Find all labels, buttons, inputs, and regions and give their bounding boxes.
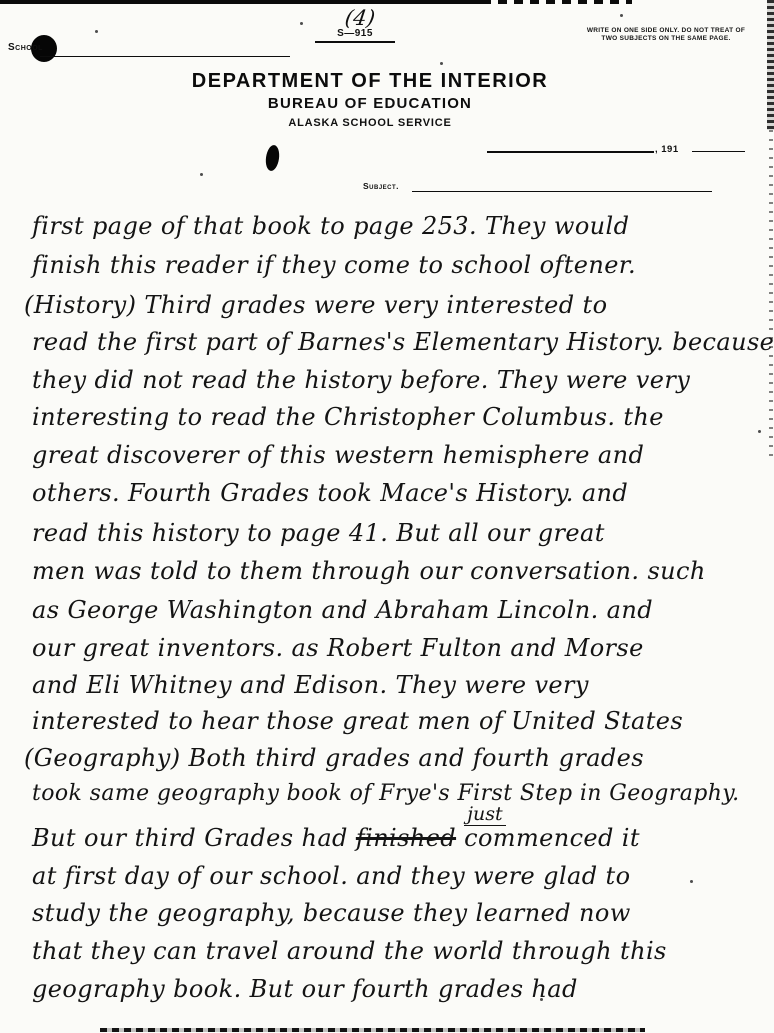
scan-edge-artifact-right-faint bbox=[769, 130, 773, 460]
bureau-title: BUREAU OF EDUCATION bbox=[0, 95, 740, 112]
scan-speck bbox=[690, 880, 693, 883]
struck-out-word: finished bbox=[356, 824, 456, 852]
form-number: S—915 bbox=[315, 28, 395, 43]
ink-blot bbox=[264, 144, 280, 172]
handwritten-line: interested to hear those great men of Un… bbox=[32, 707, 683, 735]
scan-edge-artifact-top bbox=[0, 0, 482, 4]
handwritten-line: interesting to read the Christopher Colu… bbox=[32, 403, 664, 431]
handwritten-line: men was told to them through our convers… bbox=[32, 557, 706, 585]
handwritten-line: finish this reader if they come to schoo… bbox=[32, 251, 636, 279]
handwritten-line: geography book. But our fourth grades ha… bbox=[32, 975, 578, 1003]
department-title: DEPARTMENT OF THE INTERIOR bbox=[0, 70, 740, 93]
school-label: School bbox=[8, 42, 43, 53]
scan-edge-artifact-bottom bbox=[100, 1028, 645, 1032]
handwritten-line: read the first part of Barnes's Elementa… bbox=[32, 328, 774, 356]
handwritten-line-with-correction: But our third Grades had finishedjust co… bbox=[32, 824, 640, 852]
scan-edge-artifact-top-dashes bbox=[482, 0, 632, 4]
handwritten-line: took same geography book of Frye's First… bbox=[32, 781, 740, 806]
subject-label: Subject. bbox=[363, 181, 399, 191]
handwritten-page-number: (4) bbox=[328, 6, 391, 30]
date-year-prefix: , 191 bbox=[655, 144, 679, 155]
date-blank-line bbox=[487, 151, 654, 153]
handwritten-line: at first day of our school. and they wer… bbox=[32, 862, 630, 890]
form-instructions: WRITE ON ONE SIDE ONLY. DO NOT TREAT OF … bbox=[583, 27, 749, 43]
handwritten-line: (History) Third grades were very interes… bbox=[24, 291, 607, 319]
correction-text-after: commenced it bbox=[456, 824, 640, 852]
handwritten-line: others. Fourth Grades took Mace's Histor… bbox=[32, 479, 628, 507]
scan-speck bbox=[758, 430, 761, 433]
handwritten-line: (Geography) Both third grades and fourth… bbox=[24, 744, 644, 772]
handwritten-line: study the geography, because they learne… bbox=[32, 899, 631, 927]
scan-speck bbox=[95, 30, 98, 33]
handwritten-line: that they can travel around the world th… bbox=[32, 937, 667, 965]
handwritten-line: as George Washington and Abraham Lincoln… bbox=[32, 596, 653, 624]
subject-field: Subject. bbox=[363, 181, 399, 191]
handwritten-line: they did not read the history before. Th… bbox=[32, 366, 690, 394]
scan-speck bbox=[200, 173, 203, 176]
date-year-blank-line bbox=[692, 151, 745, 152]
form-instructions-line2: TWO SUBJECTS ON THE SAME PAGE. bbox=[583, 35, 749, 43]
scan-speck bbox=[620, 14, 623, 17]
service-title: ALASKA SCHOOL SERVICE bbox=[0, 117, 740, 129]
handwritten-line: first page of that book to page 253. The… bbox=[32, 212, 629, 240]
form-instructions-line1: WRITE ON ONE SIDE ONLY. DO NOT TREAT OF bbox=[583, 27, 749, 35]
scanned-document-page: (4) S—915 WRITE ON ONE SIDE ONLY. DO NOT… bbox=[0, 0, 774, 1033]
handwritten-line: read this history to page 41. But all ou… bbox=[32, 519, 605, 547]
correction-text-before: But our third Grades had bbox=[32, 824, 356, 852]
inserted-word: just bbox=[464, 803, 506, 826]
handwritten-line: great discoverer of this western hemisph… bbox=[32, 441, 644, 469]
school-field: School bbox=[8, 42, 43, 53]
handwritten-line: and Eli Whitney and Edison. They were ve… bbox=[32, 671, 589, 699]
handwritten-line: our great inventors. as Robert Fulton an… bbox=[32, 634, 644, 662]
scan-speck bbox=[440, 62, 443, 65]
scan-edge-artifact-right bbox=[767, 0, 774, 130]
scan-speck bbox=[300, 22, 303, 25]
subject-blank-line bbox=[412, 191, 712, 192]
school-blank-line bbox=[40, 56, 290, 57]
